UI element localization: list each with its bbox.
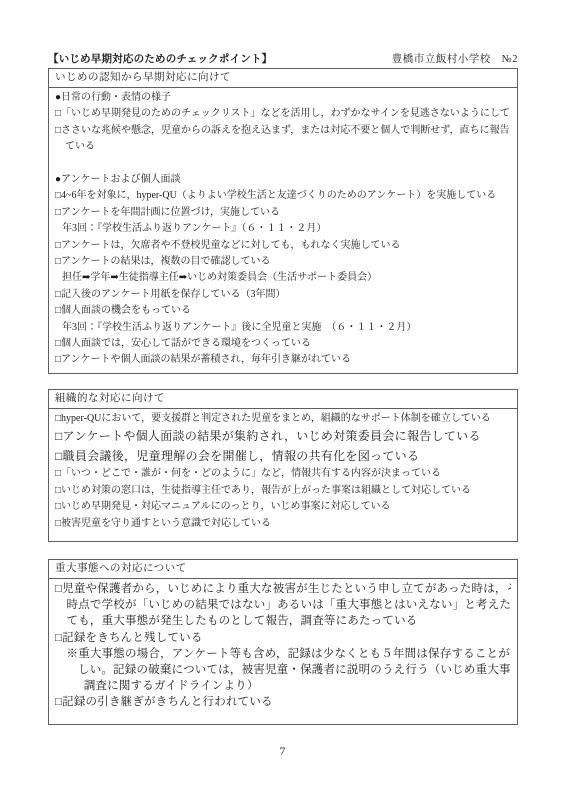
checklist-item: □「いつ・どこで・誰が・何を・どのように」など，情報共有する内容が決まっている (55, 466, 511, 482)
section-bottom-padding (55, 532, 511, 537)
checklist-item: 時点で学校が「いじめの結果ではない」あるいは「重大事態とはいえない」と考えたとし (55, 597, 511, 613)
checklist-item: ●アンケートおよび個人面談 (55, 172, 511, 188)
checklist-item: ●日常の行動・表情の様子 (55, 90, 511, 106)
checklist-section: 組織的な対応に向けて□hyper-QUにおいて，要支援群と判定された児童をまとめ… (48, 389, 518, 542)
school-name: 豊橋市立飯村小学校 №2 (392, 51, 518, 66)
checklist-item: ても，重大事態が発生したものとして報告，調査等にあたっている (55, 613, 511, 629)
section-bottom-padding (55, 711, 511, 720)
document-page: 【いじめ早期対応のためのチェックポイント】 豊橋市立飯村小学校 №2 いじめの認… (0, 0, 565, 800)
section-title: いじめの認知から早期対応に向けて (49, 69, 517, 88)
checklist-section: 重大事態への対応について□児童や保護者から，いじめにより重大な被害が生じたという… (48, 559, 518, 725)
checklist-item: ている (55, 139, 511, 155)
checklist-item: 調査に関するガイドラインより） (55, 678, 511, 694)
checklist-item: 年3回：『学校生活ふり返りアンケート』（６・１１・２月） (55, 221, 511, 237)
checklist-section: いじめの認知から早期対応に向けて●日常の行動・表情の様子□「いじめ早期発見のため… (48, 68, 518, 374)
section-body: ●日常の行動・表情の様子□「いじめ早期発見のためのチェックリスト」などを活用し，… (49, 88, 517, 373)
document-title: 【いじめ早期対応のためのチェックポイント】 (48, 51, 272, 66)
checklist-item: 年3回：『学校生活ふり返りアンケート』後に全児童と実施 （６・１１・２月） (55, 320, 511, 336)
section-title: 重大事態への対応について (49, 560, 517, 579)
checklist-item: □児童や保護者から，いじめにより重大な被害が生じたという申し立てがあった時は，そ… (55, 581, 511, 597)
checklist-item: □アンケートを年間計画に位置づけ，実施している (55, 205, 511, 221)
checklist-item: □4~6年を対象に，hyper-QU（よりよい学校生活と友達づくりのためのアンケ… (55, 188, 511, 204)
checklist-item: □記録をきちんと残している (55, 630, 511, 646)
section-body: □hyper-QUにおいて，要支援群と判定された児童をまとめ，組織的なサポート体… (49, 409, 517, 541)
checklist-item: □被害児童を守り通すという意識で対応している (55, 516, 511, 532)
checklist-item: □アンケートは，欠席者や不登校児童などに対しても，もれなく実施している (55, 238, 511, 254)
section-body: □児童や保護者から，いじめにより重大な被害が生じたという申し立てがあった時は，そ… (49, 579, 517, 724)
checklist-item: □記録の引き継ぎがきちんと行われている (55, 694, 511, 710)
section-gap (48, 374, 518, 389)
section-title: 組織的な対応に向けて (49, 390, 517, 409)
checklist-item: □記入後のアンケート用紙を保存している（3年間） (55, 287, 511, 303)
checklist-item: しい。記録の破棄については，被害児童・保護者に説明のうえ行う（いじめ重大事態の (55, 662, 511, 678)
checklist-item: ※重大事態の場合，アンケート等も含め，記録は少なくとも５年間は保存することが望ま (55, 646, 511, 662)
checklist-item: □アンケートの結果は，複数の目で確認している (55, 254, 511, 270)
document-header: 【いじめ早期対応のためのチェックポイント】 豊橋市立飯村小学校 №2 (48, 51, 518, 66)
section-gap (48, 542, 518, 559)
checklist-item: □ささいな兆候や懸念，児童からの訴えを抱え込まず，または対応不要と個人で判断せず… (55, 123, 511, 139)
checklist-item: □いじめ早期発見・対応マニュアルにのっとり，いじめ事案に対応している (55, 499, 511, 515)
checklist-item: □個人面談では，安心して話ができる環境をつくっている (55, 336, 511, 352)
checklist-item: □職員会議後，児童理解の会を開催し，情報の共有化を図っている (55, 447, 511, 467)
checklist-item: □アンケートや個人面談の結果が集約され，いじめ対策委員会に報告している (55, 427, 511, 447)
checklist-item: □アンケートや個人面談の結果が蓄積され，毎年引き継がれている (55, 352, 511, 368)
checklist-item: 担任➡学年➡生徒指導主任➡いじめ対策委員会（生活サポート委員会） (55, 270, 511, 286)
sections-container: いじめの認知から早期対応に向けて●日常の行動・表情の様子□「いじめ早期発見のため… (48, 68, 518, 725)
checklist-item: □いじめ対策の窓口は，生徒指導主任であり，報告が上がった事案は組織として対応して… (55, 483, 511, 499)
blank-line (55, 156, 511, 172)
checklist-item: □「いじめ早期発見のためのチェックリスト」などを活用し，わずかなサインを見逃さな… (55, 106, 511, 122)
checklist-item: □hyper-QUにおいて，要支援群と判定された児童をまとめ，組織的なサポート体… (55, 411, 511, 427)
page-number: 7 (0, 744, 565, 759)
checklist-item: □個人面談の機会をもっている (55, 303, 511, 319)
